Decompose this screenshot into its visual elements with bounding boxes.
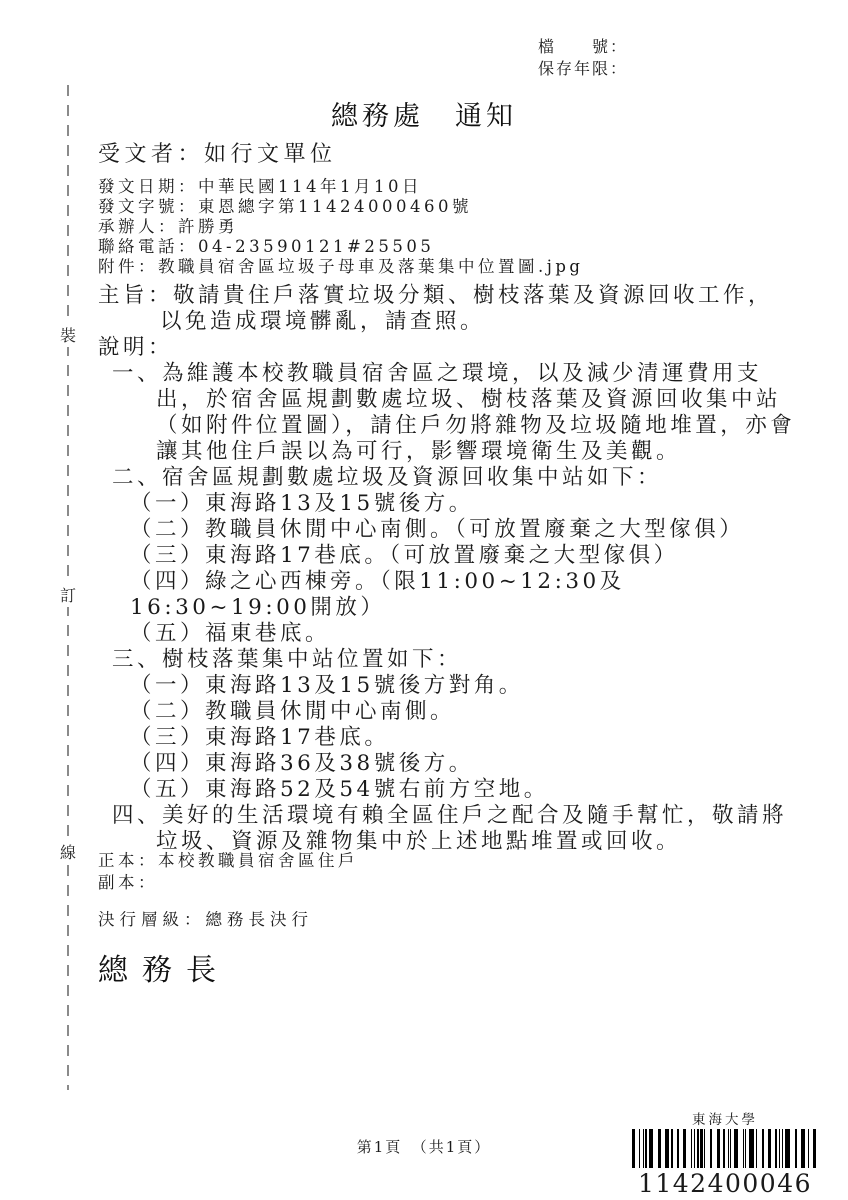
distribution-block: 正本：本校教職員宿舍區住戶 副本： [98, 850, 358, 894]
page-title: 總務處 通知 [0, 94, 848, 133]
list-item: 二、宿舍區規劃數處垃圾及資源回收集中站如下： [112, 465, 797, 491]
meta-block: 發文日期：中華民國114年1月10日 發文字號：東恩總字第11424000460… [98, 177, 584, 277]
file-number-block: 檔 號： 保存年限： [538, 36, 628, 80]
subject-line: 主旨：敬請貴住戶落實垃圾分類、樹枝落葉及資源回收工作，以免造成環境髒亂，請查照。 [98, 283, 798, 335]
list-subitem: （三）東海路17巷底。 [130, 725, 797, 751]
explanation-items: 一、為維護本校教職員宿舍區之環境，以及減少清運費用支出，於宿舍區規劃數處垃圾、樹… [112, 361, 797, 855]
retention-label: 保存年限： [538, 58, 628, 80]
binding-mark-zhuang: 裝 [53, 325, 83, 347]
barcode-icon [632, 1129, 818, 1168]
attachment-line: 附件：教職員宿舍區垃圾子母車及落葉集中位置圖.jpg [98, 257, 584, 277]
item-number: 四、 [112, 803, 162, 828]
list-subitem: （五）福東巷底。 [130, 621, 797, 647]
item-number: 三、 [112, 647, 162, 672]
list-subitem: （五）東海路52及54號右前方空地。 [130, 777, 797, 803]
list-item: 一、為維護本校教職員宿舍區之環境，以及減少清運費用支出，於宿舍區規劃數處垃圾、樹… [112, 361, 797, 465]
item-text: 為維護本校教職員宿舍區之環境，以及減少清運費用支出，於宿舍區規劃數處垃圾、樹枝落… [156, 361, 795, 464]
approval-level-line: 決行層級：總務長決行 [98, 906, 313, 930]
cc-line: 副本： [98, 872, 358, 894]
list-item: 三、樹枝落葉集中站位置如下： [112, 647, 797, 673]
item-number: 一、 [112, 361, 162, 386]
barcode-university-label: 東海大學 [630, 1108, 820, 1128]
list-subitem: （二）教職員休閒中心南側。 [130, 699, 797, 725]
binding-mark-ding: 訂 [53, 585, 83, 607]
barcode-number: 1142400046 [630, 1169, 820, 1198]
list-subitem: （四）東海路36及38號後方。 [130, 751, 797, 777]
explanation-label: 說明： [98, 335, 798, 361]
item-text: 樹枝落葉集中站位置如下： [162, 647, 462, 672]
subject-label: 主旨： [98, 283, 173, 308]
signer-title: 總務長 [98, 945, 230, 989]
file-no-label: 檔 號： [538, 36, 628, 58]
item-text: 宿舍區規劃數處垃圾及資源回收集中站如下： [162, 465, 662, 490]
issue-date: 發文日期：中華民國114年1月10日 [98, 177, 584, 197]
list-item: 四、美好的生活環境有賴全區住戶之配合及隨手幫忙，敬請將垃圾、資源及雜物集中於上述… [112, 803, 797, 855]
original-copy-line: 正本：本校教職員宿舍區住戶 [98, 850, 358, 872]
item-text: 美好的生活環境有賴全區住戶之配合及隨手幫忙，敬請將垃圾、資源及雜物集中於上述地點… [156, 803, 787, 854]
list-subitem: （四）綠之心西棟旁。（限11:00~12:30及16:30~19:00開放） [130, 569, 797, 621]
document-page: 裝 訂 線 檔 號： 保存年限： 總務處 通知 受文者：如行文單位 發文日期：中… [0, 0, 848, 1200]
list-subitem: （二）教職員休閒中心南側。（可放置廢棄之大型傢俱） [130, 517, 797, 543]
doc-number: 發文字號：東恩總字第11424000460號 [98, 197, 584, 217]
barcode-block: 東海大學 1142400046 [630, 1108, 820, 1198]
contact-person: 承辦人：許勝勇 [98, 217, 584, 237]
list-subitem: （一）東海路13及15號後方對角。 [130, 673, 797, 699]
contact-phone: 聯絡電話：04-23590121#25505 [98, 237, 584, 257]
recipient-line: 受文者：如行文單位 [98, 137, 337, 168]
document-body: 主旨：敬請貴住戶落實垃圾分類、樹枝落葉及資源回收工作，以免造成環境髒亂，請查照。… [98, 283, 798, 855]
list-subitem: （一）東海路13及15號後方。 [130, 491, 797, 517]
list-subitem: （三）東海路17巷底。（可放置廢棄之大型傢俱） [130, 543, 797, 569]
binding-mark-xian: 線 [53, 842, 83, 864]
item-number: 二、 [112, 465, 162, 490]
subject-text: 敬請貴住戶落實垃圾分類、樹枝落葉及資源回收工作，以免造成環境髒亂，請查照。 [160, 283, 773, 334]
